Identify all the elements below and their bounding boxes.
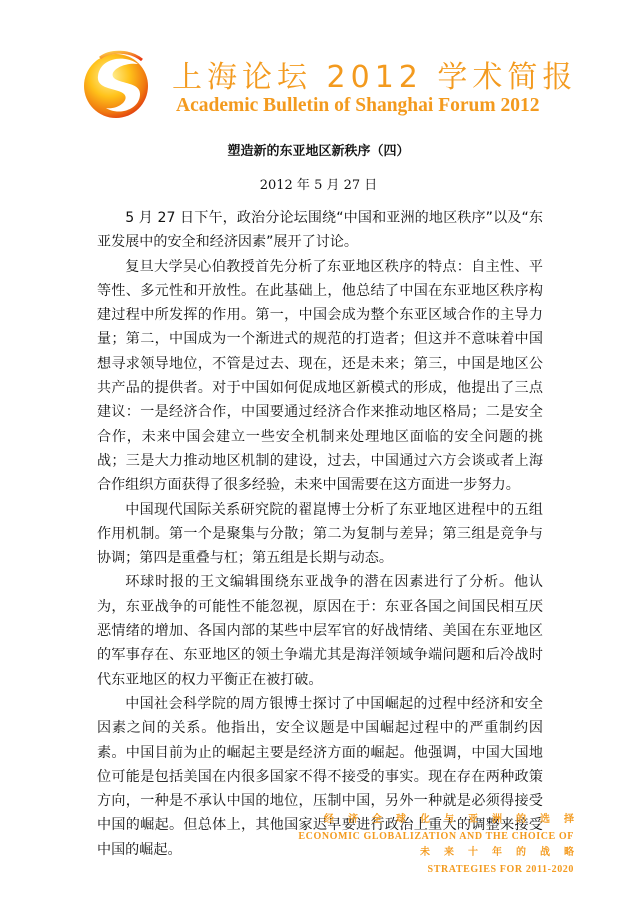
footer-line-en-1: ECONOMIC GLOBALIZATION AND THE CHOICE OF: [298, 829, 574, 846]
bulletin-header: 上海论坛 2012 学术简报 Academic Bulletin of Shan…: [78, 44, 558, 130]
paragraph: 中国现代国际关系研究院的翟崑博士分析了东亚地区进程中的五组作用机制。第一个是聚集…: [97, 498, 543, 571]
bulletin-title-cn: 上海论坛 2012 学术简报: [172, 52, 577, 96]
footer-line-cn-2: 未来十年的战略: [298, 845, 588, 862]
bulletin-title-en: Academic Bulletin of Shanghai Forum 2012: [176, 95, 539, 117]
document-body: 5 月 27 日下午，政治分论坛围绕“中国和亚洲的地区秩序”以及“东亚发展中的安…: [97, 206, 543, 862]
footer-line-cn-1: 经济全球化与亚洲的选择: [298, 812, 588, 829]
document-date: 2012 年 5 月 27 日: [0, 174, 637, 193]
paragraph: 环球时报的王文编辑围绕东亚战争的潜在因素进行了分析。他认为，东亚战争的可能性不能…: [97, 570, 543, 691]
document-title: 塑造新的东亚地区新秩序（四）: [0, 140, 637, 159]
shanghai-forum-logo-icon: [78, 44, 156, 124]
paragraph: 5 月 27 日下午，政治分论坛围绕“中国和亚洲的地区秩序”以及“东亚发展中的安…: [97, 206, 543, 255]
paragraph: 复旦大学吴心伯教授首先分析了东亚地区秩序的特点：自主性、平等性、多元性和开放性。…: [97, 255, 543, 498]
footer-slogan: 经济全球化与亚洲的选择 ECONOMIC GLOBALIZATION AND T…: [298, 812, 574, 878]
footer-line-en-2: STRATEGIES FOR 2011-2020: [298, 862, 574, 879]
